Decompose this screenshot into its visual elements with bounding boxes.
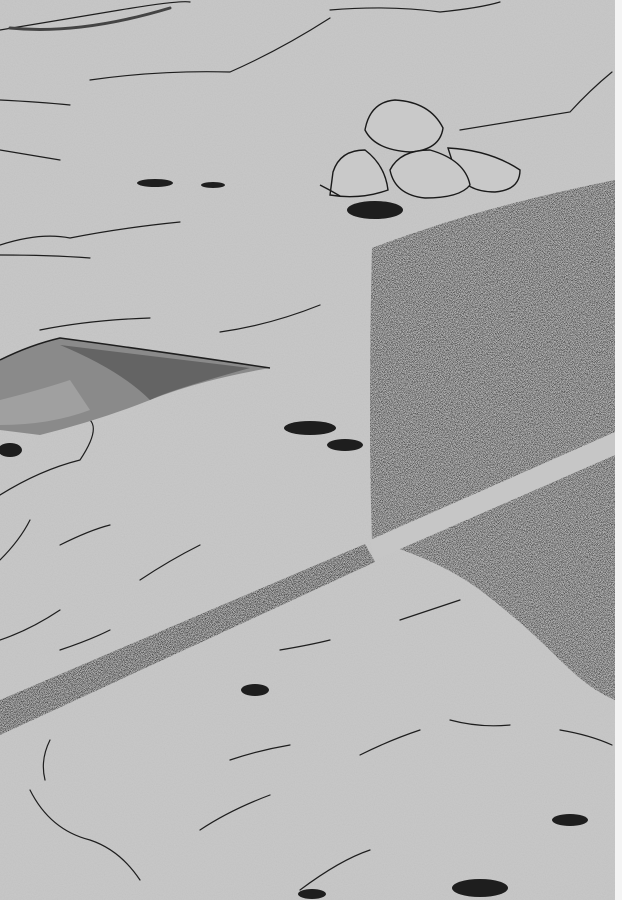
page-edge bbox=[615, 0, 622, 900]
manga-illustration bbox=[0, 0, 615, 900]
